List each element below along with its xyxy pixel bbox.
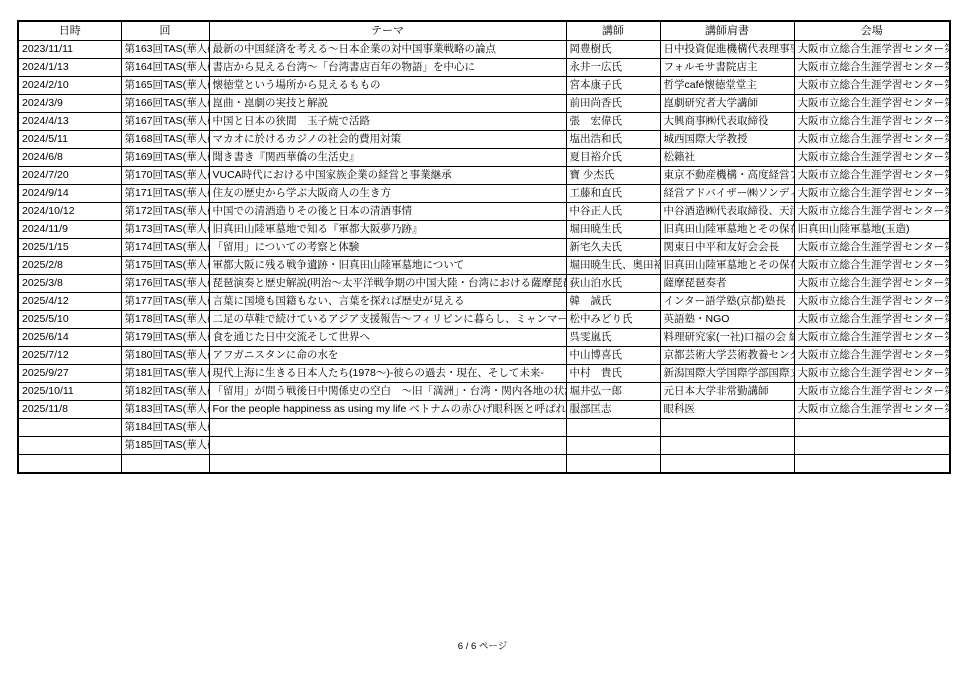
cell-venue: 大阪市立総合生涯学習センター第五研修室 bbox=[794, 347, 950, 365]
cell-lecturer: 堀田暁生氏 bbox=[566, 221, 660, 239]
cell-title: 元日本大学非常勤講師 bbox=[660, 383, 794, 401]
cell-date: 2025/5/10 bbox=[18, 311, 121, 329]
cell-date: 2024/7/20 bbox=[18, 167, 121, 185]
cell-session: 第174回TAS(華人研) bbox=[121, 239, 209, 257]
cell-theme: 書店から見える台湾～「台湾書店百年の物語」を中心に bbox=[209, 59, 566, 77]
cell-theme bbox=[209, 419, 566, 437]
schedule-table: 日時 回 テーマ 講師 講師肩書 会場 2023/11/11第163回TAS(華… bbox=[17, 20, 951, 474]
cell-venue: 大阪市立総合生涯学習センター第三研修室 bbox=[794, 275, 950, 293]
cell-session: 第182回TAS(華人研) bbox=[121, 383, 209, 401]
cell-title bbox=[660, 437, 794, 455]
cell-lecturer: 新宅久夫氏 bbox=[566, 239, 660, 257]
table-row: 2025/9/27第181回TAS(華人研)現代上海に生きる日本人たち(1978… bbox=[18, 365, 950, 383]
cell-session bbox=[121, 455, 209, 474]
table-row: 2024/2/10第165回TAS(華人研)懐徳堂という場所から見えるももの宮本… bbox=[18, 77, 950, 95]
cell-session: 第173回TAS(華人研) bbox=[121, 221, 209, 239]
cell-venue: 大阪市立総合生涯学習センター第五研修室 bbox=[794, 167, 950, 185]
cell-session: 第172回TAS(華人研) bbox=[121, 203, 209, 221]
cell-title: 新潟国際大学国際学部国際文化学科准教授 bbox=[660, 365, 794, 383]
table-row: 2024/7/20第170回TAS(華人研)VUCA時代における中国家族企業の経… bbox=[18, 167, 950, 185]
cell-lecturer: 塩出浩和氏 bbox=[566, 131, 660, 149]
page-footer: 6 / 6 ページ bbox=[0, 638, 965, 652]
cell-venue bbox=[794, 455, 950, 474]
cell-lecturer: 中山博喜氏 bbox=[566, 347, 660, 365]
cell-session: 第184回TAS(華人研) bbox=[121, 419, 209, 437]
table-row: 2025/7/12第180回TAS(華人研)アフガニスタンに命の水を中山博喜氏京… bbox=[18, 347, 950, 365]
cell-date: 2025/7/12 bbox=[18, 347, 121, 365]
table-row: 2025/4/12第177回TAS(華人研)言葉に国境も国籍もない、言葉を探れば… bbox=[18, 293, 950, 311]
cell-venue: 大阪市立総合生涯学習センター第五研修室 bbox=[794, 293, 950, 311]
cell-theme: 中国での清酒造りその後と日本の清酒事情 bbox=[209, 203, 566, 221]
cell-title: 旧真田山陸軍墓地とその保存を考える会理事 bbox=[660, 221, 794, 239]
table-row: 2024/5/11第168回TAS(華人研)マカオに於けるカジノの社会的費用対策… bbox=[18, 131, 950, 149]
cell-theme: 軍都大阪に残る戦争遺跡・旧真田山陸軍墓地について bbox=[209, 257, 566, 275]
cell-session: 第171回TAS(華人研) bbox=[121, 185, 209, 203]
cell-title: 崑劇研究者大学講師 bbox=[660, 95, 794, 113]
table-row: 2024/9/14第171回TAS(華人研)住友の歴史から学ぶ大阪商人の生き方工… bbox=[18, 185, 950, 203]
cell-lecturer: 夏目裕介氏 bbox=[566, 149, 660, 167]
cell-date bbox=[18, 419, 121, 437]
cell-title: 中谷酒造㈱代表取締役、天津中谷酒造有限公司董事総経理 bbox=[660, 203, 794, 221]
cell-date: 2024/9/14 bbox=[18, 185, 121, 203]
table-row: 2023/11/11第163回TAS(華人研)最新の中国経済を考える～日本企業の… bbox=[18, 41, 950, 59]
header-venue: 会場 bbox=[794, 21, 950, 41]
header-theme: テーマ bbox=[209, 21, 566, 41]
cell-session: 第167回TAS(華人研) bbox=[121, 113, 209, 131]
cell-title: 京都芸術大学芸術教養センター長 bbox=[660, 347, 794, 365]
cell-session: 第165回TAS(華人研) bbox=[121, 77, 209, 95]
cell-session: 第166回TAS(華人研) bbox=[121, 95, 209, 113]
cell-title: 英語塾・NGO bbox=[660, 311, 794, 329]
cell-session: 第168回TAS(華人研) bbox=[121, 131, 209, 149]
cell-date: 2024/5/11 bbox=[18, 131, 121, 149]
cell-venue: 大阪市立総合生涯学習センター第五研修室 bbox=[794, 41, 950, 59]
cell-date: 2025/11/8 bbox=[18, 401, 121, 419]
cell-theme: アフガニスタンに命の水を bbox=[209, 347, 566, 365]
cell-date: 2025/4/12 bbox=[18, 293, 121, 311]
cell-theme bbox=[209, 437, 566, 455]
cell-venue: 大阪市立総合生涯学習センター第四研修室 bbox=[794, 203, 950, 221]
cell-venue: 大阪市立総合生涯学習センター第五研修室 bbox=[794, 113, 950, 131]
cell-lecturer: 寶 少杰氏 bbox=[566, 167, 660, 185]
cell-venue: 大阪市立総合生涯学習センター第五研修室 bbox=[794, 365, 950, 383]
cell-session: 第175回TAS(華人研) bbox=[121, 257, 209, 275]
cell-theme: マカオに於けるカジノの社会的費用対策 bbox=[209, 131, 566, 149]
cell-theme: VUCA時代における中国家族企業の経営と事業継承 bbox=[209, 167, 566, 185]
cell-date: 2024/3/9 bbox=[18, 95, 121, 113]
cell-session: 第176回TAS(華人研) bbox=[121, 275, 209, 293]
page-number: 6 / 6 ページ bbox=[458, 641, 507, 652]
cell-title: 日中投資促進機構代表理事事務局長 bbox=[660, 41, 794, 59]
cell-venue: 大阪市立総合生涯学習センター第五研修室 bbox=[794, 329, 950, 347]
cell-theme: 「留用」が問う戦後日中関係史の空白 ～旧「満洲」・台湾・関内各地の状況を俯瞰して… bbox=[209, 383, 566, 401]
table-row: 2025/10/11第182回TAS(華人研)「留用」が問う戦後日中関係史の空白… bbox=[18, 383, 950, 401]
cell-lecturer bbox=[566, 419, 660, 437]
cell-title: 関東日中平和友好会会長 bbox=[660, 239, 794, 257]
cell-session: 第183回TAS(華人研) bbox=[121, 401, 209, 419]
cell-date: 2025/2/8 bbox=[18, 257, 121, 275]
cell-theme: 二足の草鞋で続けているアジア支援報告～フィリピンに暮らし、ミャンマーに繋がる日々… bbox=[209, 311, 566, 329]
cell-lecturer: 張 宏偉氏 bbox=[566, 113, 660, 131]
table-row: 2025/2/8第175回TAS(華人研)軍都大阪に残る戦争遺跡・旧真田山陸軍墓… bbox=[18, 257, 950, 275]
cell-session: 第170回TAS(華人研) bbox=[121, 167, 209, 185]
cell-lecturer: 中村 貴氏 bbox=[566, 365, 660, 383]
cell-lecturer: 岡豊樹氏 bbox=[566, 41, 660, 59]
cell-title: 松籟社 bbox=[660, 149, 794, 167]
cell-venue: 大阪市立総合生涯学習センター第一研修室 bbox=[794, 95, 950, 113]
cell-theme: 聞き書き『関西華僑の生活史』 bbox=[209, 149, 566, 167]
cell-lecturer: 永井一広氏 bbox=[566, 59, 660, 77]
cell-venue: 大阪市立総合生涯学習センター第五研修室 bbox=[794, 185, 950, 203]
cell-theme: 旧真田山陸軍墓地で知る『軍都大阪夢乃跡』 bbox=[209, 221, 566, 239]
cell-theme: 現代上海に生きる日本人たち(1978～)-彼らの過去・現在、そして未来- bbox=[209, 365, 566, 383]
cell-title bbox=[660, 419, 794, 437]
cell-date: 2023/11/11 bbox=[18, 41, 121, 59]
cell-date bbox=[18, 455, 121, 474]
table-row: 2024/4/13第167回TAS(華人研)中国と日本の狭間 玉子焼で活路張 宏… bbox=[18, 113, 950, 131]
cell-theme: For the people happiness as using my lif… bbox=[209, 401, 566, 419]
cell-title: 経営アドバイザー㈱ソンディック/ 無錫浦電子 社外取締役 bbox=[660, 185, 794, 203]
cell-title: 眼科医 bbox=[660, 401, 794, 419]
cell-date: 2024/11/9 bbox=[18, 221, 121, 239]
cell-date: 2024/1/13 bbox=[18, 59, 121, 77]
cell-date: 2024/6/8 bbox=[18, 149, 121, 167]
cell-lecturer bbox=[566, 437, 660, 455]
cell-title: 旧真田山陸軍墓地とその保存を考える会理事 bbox=[660, 257, 794, 275]
cell-date: 2025/3/8 bbox=[18, 275, 121, 293]
cell-session: 第181回TAS(華人研) bbox=[121, 365, 209, 383]
cell-theme: 食を通じた日中交流そして世界へ bbox=[209, 329, 566, 347]
cell-theme: 最新の中国経済を考える～日本企業の対中国事業戦略の論点 bbox=[209, 41, 566, 59]
cell-venue: 大阪市立総合生涯学習センター第五研修室 bbox=[794, 59, 950, 77]
table-row bbox=[18, 455, 950, 474]
cell-venue: 旧真田山陸軍墓地(玉造) bbox=[794, 221, 950, 239]
cell-lecturer: 堀井弘一郎 bbox=[566, 383, 660, 401]
cell-theme: 住友の歴史から学ぶ大阪商人の生き方 bbox=[209, 185, 566, 203]
cell-lecturer: 韓 誠氏 bbox=[566, 293, 660, 311]
cell-session: 第164回TAS(華人研) bbox=[121, 59, 209, 77]
cell-title: 東京不動産機構・高度経営アジア中小企業マネジメント研究センター研究員 bbox=[660, 167, 794, 185]
cell-lecturer: 堀田暁生氏、奥田裕樹氏 bbox=[566, 257, 660, 275]
cell-date: 2024/2/10 bbox=[18, 77, 121, 95]
cell-date: 2025/10/11 bbox=[18, 383, 121, 401]
header-date: 日時 bbox=[18, 21, 121, 41]
cell-session: 第180回TAS(華人研) bbox=[121, 347, 209, 365]
cell-venue: 大阪市立総合生涯学習センター第五研修室 bbox=[794, 149, 950, 167]
table-row: 2024/11/9第173回TAS(華人研)旧真田山陸軍墓地で知る『軍都大阪夢乃… bbox=[18, 221, 950, 239]
cell-theme: 言葉に国境も国籍もない、言葉を探れば歴史が見える bbox=[209, 293, 566, 311]
cell-venue: 大阪市立総合生涯学習センター第五研修室 bbox=[794, 311, 950, 329]
table-row: 2024/3/9第166回TAS(華人研)崑曲・崑劇の実技と解説前田尚香氏崑劇研… bbox=[18, 95, 950, 113]
cell-lecturer: 前田尚香氏 bbox=[566, 95, 660, 113]
table-row: 2025/11/8第183回TAS(華人研)For the people hap… bbox=[18, 401, 950, 419]
cell-venue: 大阪市立総合生涯学習センター第三研修室 bbox=[794, 77, 950, 95]
cell-date: 2025/9/27 bbox=[18, 365, 121, 383]
cell-theme: 琵琶演奏と歴史解説(明治～太平洋戦争期の中国大陸・台湾における薩摩琵琶奏者の活動… bbox=[209, 275, 566, 293]
cell-title: フォルモサ書院店主 bbox=[660, 59, 794, 77]
table-header-row: 日時 回 テーマ 講師 講師肩書 会場 bbox=[18, 21, 950, 41]
table-row: 第184回TAS(華人研) bbox=[18, 419, 950, 437]
cell-title bbox=[660, 455, 794, 474]
cell-lecturer bbox=[566, 455, 660, 474]
cell-theme bbox=[209, 455, 566, 474]
cell-lecturer: 工藤和直氏 bbox=[566, 185, 660, 203]
cell-title: 大興商事㈱代表取締役 bbox=[660, 113, 794, 131]
cell-date: 2025/1/15 bbox=[18, 239, 121, 257]
cell-title: 料理研究家(一社)口福の会 総料理長・餃子ソムリエ執行役員 bbox=[660, 329, 794, 347]
cell-venue: 大阪市立総合生涯学習センター第五研修室 bbox=[794, 257, 950, 275]
cell-lecturer: 服部匡志 bbox=[566, 401, 660, 419]
header-lecturer-title: 講師肩書 bbox=[660, 21, 794, 41]
cell-date bbox=[18, 437, 121, 455]
table-row: 2025/1/15第174回TAS(華人研)「留用」についての考察と体験新宅久夫… bbox=[18, 239, 950, 257]
cell-theme: 「留用」についての考察と体験 bbox=[209, 239, 566, 257]
table-row: 2024/6/8第169回TAS(華人研)聞き書き『関西華僑の生活史』夏目裕介氏… bbox=[18, 149, 950, 167]
cell-date: 2024/10/12 bbox=[18, 203, 121, 221]
table-row: 2024/10/12第172回TAS(華人研)中国での清酒造りその後と日本の清酒… bbox=[18, 203, 950, 221]
cell-venue: 大阪市立総合生涯学習センター第五研修室 bbox=[794, 401, 950, 419]
table-row: 2025/3/8第176回TAS(華人研)琵琶演奏と歴史解説(明治～太平洋戦争期… bbox=[18, 275, 950, 293]
cell-session: 第169回TAS(華人研) bbox=[121, 149, 209, 167]
cell-session: 第163回TAS(華人研) bbox=[121, 41, 209, 59]
cell-session: 第185回TAS(華人研) bbox=[121, 437, 209, 455]
cell-title: 城西国際大学教授 bbox=[660, 131, 794, 149]
schedule-table-body: 2023/11/11第163回TAS(華人研)最新の中国経済を考える～日本企業の… bbox=[18, 41, 950, 474]
cell-lecturer: 中谷正人氏 bbox=[566, 203, 660, 221]
header-session: 回 bbox=[121, 21, 209, 41]
cell-date: 2024/4/13 bbox=[18, 113, 121, 131]
cell-theme: 崑曲・崑劇の実技と解説 bbox=[209, 95, 566, 113]
cell-theme: 懐徳堂という場所から見えるももの bbox=[209, 77, 566, 95]
cell-lecturer: 宮本康子氏 bbox=[566, 77, 660, 95]
table-row: 2025/6/14第179回TAS(華人研)食を通じた日中交流そして世界へ呉雯嵐… bbox=[18, 329, 950, 347]
cell-session: 第177回TAS(華人研) bbox=[121, 293, 209, 311]
cell-date: 2025/6/14 bbox=[18, 329, 121, 347]
cell-lecturer: 松中みどり氏 bbox=[566, 311, 660, 329]
cell-title: 薩摩琵琶奏者 bbox=[660, 275, 794, 293]
cell-session: 第178回TAS(華人研) bbox=[121, 311, 209, 329]
cell-venue bbox=[794, 419, 950, 437]
cell-title: 哲学café懐徳堂堂主 bbox=[660, 77, 794, 95]
table-row: 2025/5/10第178回TAS(華人研)二足の草鞋で続けているアジア支援報告… bbox=[18, 311, 950, 329]
cell-title: インター語学塾(京都)塾長 bbox=[660, 293, 794, 311]
cell-venue bbox=[794, 437, 950, 455]
cell-lecturer: 荻山泊水氏 bbox=[566, 275, 660, 293]
cell-lecturer: 呉雯嵐氏 bbox=[566, 329, 660, 347]
cell-venue: 大阪市立総合生涯学習センター第四研修室 bbox=[794, 239, 950, 257]
header-lecturer: 講師 bbox=[566, 21, 660, 41]
cell-venue: 大阪市立総合生涯学習センター第五研修室 bbox=[794, 383, 950, 401]
cell-venue: 大阪市立総合生涯学習センター第五研修室 bbox=[794, 131, 950, 149]
table-row: 2024/1/13第164回TAS(華人研)書店から見える台湾～「台湾書店百年の… bbox=[18, 59, 950, 77]
cell-session: 第179回TAS(華人研) bbox=[121, 329, 209, 347]
cell-theme: 中国と日本の狭間 玉子焼で活路 bbox=[209, 113, 566, 131]
table-row: 第185回TAS(華人研) bbox=[18, 437, 950, 455]
document-page: 日時 回 テーマ 講師 講師肩書 会場 2023/11/11第163回TAS(華… bbox=[0, 0, 965, 676]
